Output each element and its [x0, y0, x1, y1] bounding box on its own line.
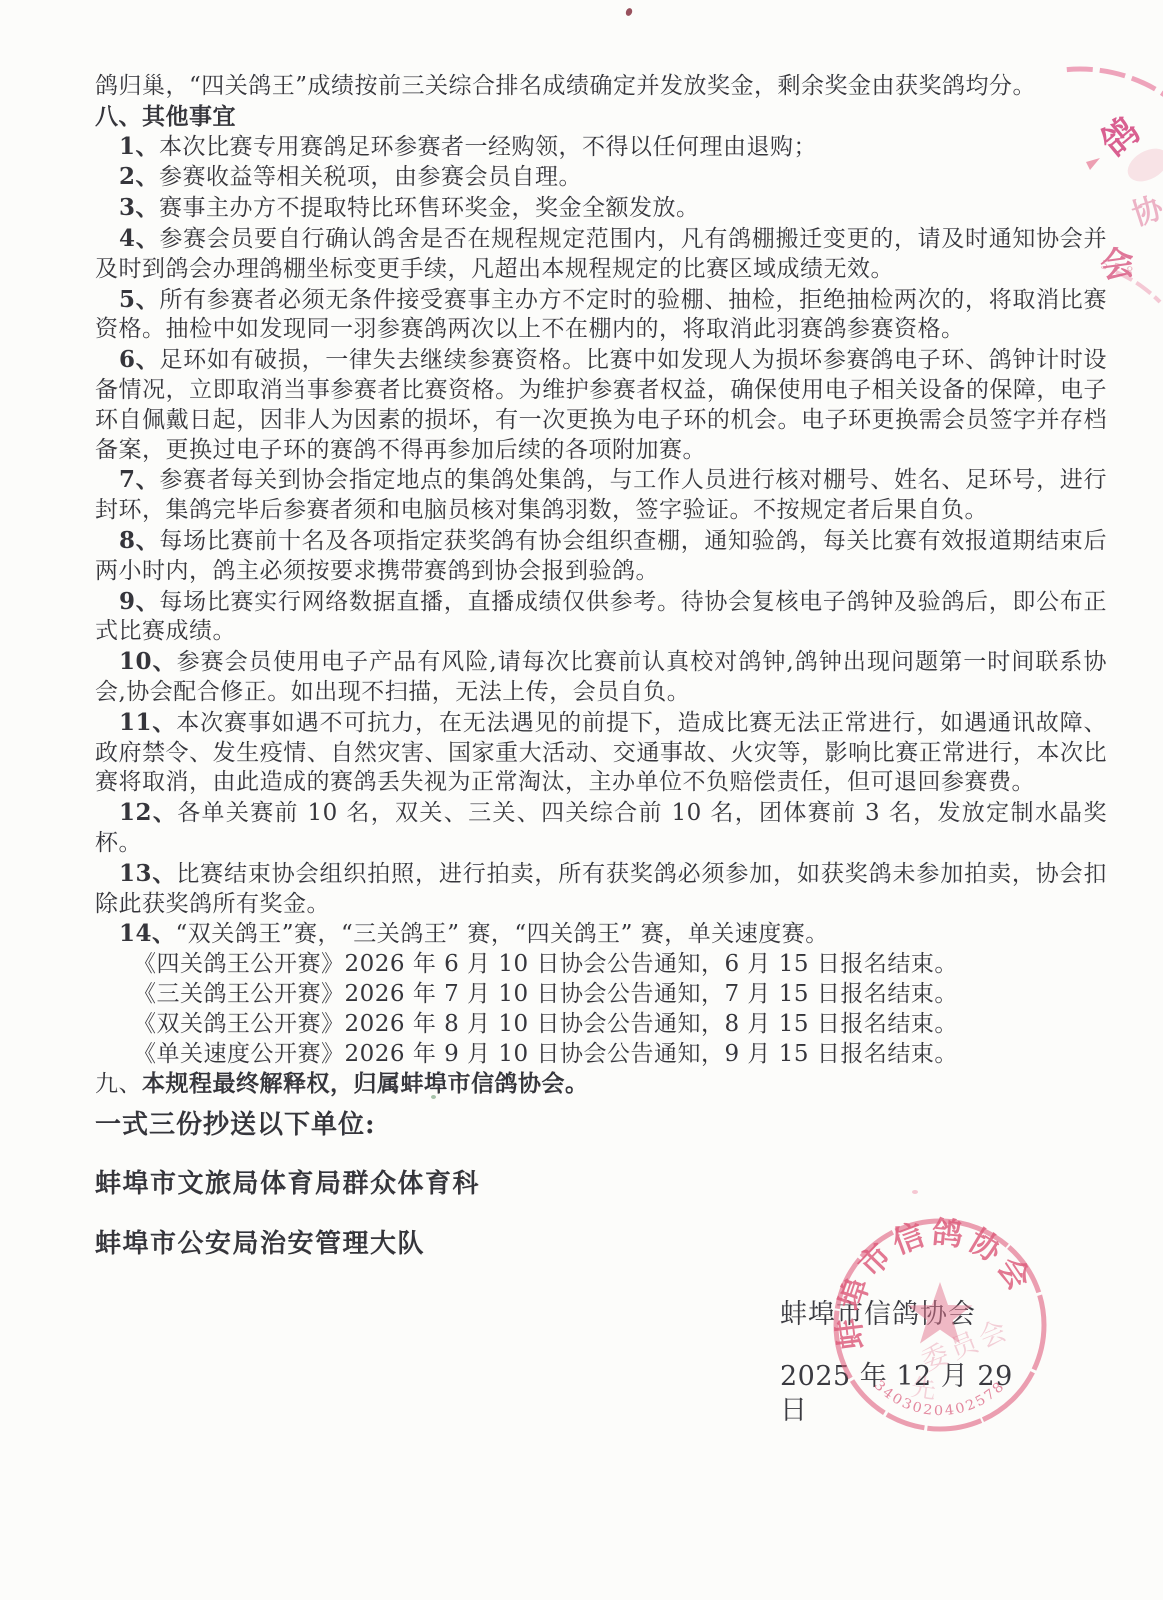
item-9-text: 每场比赛实行网络数据直播，直播成绩仅供参考。待协会复核电子鸽钟及验鸽后，即公布正… — [95, 589, 1107, 645]
item-9-number: 9、 — [119, 588, 159, 615]
item-6: 6、足环如有破损，一律失去继续参赛资格。比赛中如发现人为损坏参赛鸽电子环、鸽钟计… — [95, 345, 1107, 465]
item-5: 5、所有参赛者必须无条件接受赛事主办方不定时的验棚、抽检，拒绝抽检两次的，将取消… — [95, 285, 1107, 346]
scanned-document-page: 鸽归巢，“四关鸽王”成绩按前三关综合排名成绩确定并发放奖金，剩余奖金由获奖鸽均分… — [0, 0, 1163, 1600]
section-9-line: 九、本规程最终解释权，归属蚌埠市信鸽协会。 — [95, 1069, 1107, 1100]
cc-unit-culture-sports: 蚌埠市文旅局体育局群众体育科 — [95, 1167, 1107, 1201]
ink-speck-top — [625, 7, 634, 17]
item-10: 10、参赛会员使用电子产品有风险,请每次比赛前认真校对鸽钟,鸽钟出现问题第一时间… — [95, 647, 1107, 708]
item-13: 13、比赛结束协会组织拍照，进行拍卖，所有获奖鸽必须参加，如获奖鸽未参加拍卖，协… — [95, 859, 1107, 920]
schedule-line-3: 《双关鸽王公开赛》2026 年 8 月 10 日协会公告通知，8 月 15 日报… — [95, 1010, 1107, 1040]
schedule-line-4: 《单关速度公开赛》2026 年 9 月 10 日协会公告通知，9 月 15 日报… — [95, 1040, 1107, 1070]
item-11-text: 本次赛事如遇不可抗力，在无法遇见的前提下，造成比赛无法正常进行，如遇通讯故障、政… — [95, 710, 1107, 796]
item-9: 9、每场比赛实行网络数据直播，直播成绩仅供参考。待协会复核电子鸽钟及验鸽后，即公… — [95, 587, 1107, 648]
signature-date: 2025 年 12 月 29 日 — [780, 1360, 1040, 1428]
document-body: 鸽归巢，“四关鸽王”成绩按前三关综合排名成绩确定并发放奖金，剩余奖金由获奖鸽均分… — [95, 72, 1107, 1261]
item-13-text: 比赛结束协会组织拍照，进行拍卖，所有获奖鸽必须参加，如获奖鸽未参加拍卖，协会扣除… — [95, 861, 1107, 917]
item-3-number: 3、 — [119, 194, 159, 221]
signature-org: 蚌埠市信鸽协会 — [780, 1298, 1040, 1332]
item-4-text: 参赛会员要自行确认鸽舍是否在规程规定范围内，凡有鸽棚搬迁变更的，请及时通知协会并… — [95, 226, 1107, 282]
item-8-text: 每场比赛前十名及各项指定获奖鸽有协会组织查棚，通知验鸽，每关比赛有效报道期结束后… — [95, 528, 1107, 584]
item-1-number: 1、 — [119, 133, 159, 160]
item-7-text: 参赛者每关到协会指定地点的集鸽处集鸽，与工作人员进行核对棚号、姓名、足环号，进行… — [95, 467, 1107, 523]
item-14-number: 14、 — [119, 920, 176, 947]
item-7: 7、参赛者每关到协会指定地点的集鸽处集鸽，与工作人员进行核对棚号、姓名、足环号，… — [95, 465, 1107, 526]
item-4: 4、参赛会员要自行确认鸽舍是否在规程规定范围内，凡有鸽棚搬迁变更的，请及时通知协… — [95, 224, 1107, 285]
item-1: 1、本次比赛专用赛鸽足环参赛者一经购领，不得以任何理由退购； — [95, 132, 1107, 163]
item-12: 12、各单关赛前 10 名，双关、三关、四关综合前 10 名，团体赛前 3 名，… — [95, 798, 1107, 859]
item-14-text: “双关鸽王”赛，“三关鸽王” 赛，“四关鸽王” 赛，单关速度赛。 — [176, 921, 829, 947]
item-6-text: 足环如有破损，一律失去继续参赛资格。比赛中如发现人为损坏参赛鸽电子环、鸽钟计时设… — [95, 347, 1107, 462]
item-1-text: 本次比赛专用赛鸽足环参赛者一经购领，不得以任何理由退购； — [159, 134, 817, 160]
item-14: 14、“双关鸽王”赛，“三关鸽王” 赛，“四关鸽王” 赛，单关速度赛。 — [95, 919, 1107, 950]
corner-seal-ring-bottom — [1116, 272, 1160, 302]
item-5-number: 5、 — [119, 286, 159, 313]
cc-heading: 一式三份抄送以下单位: — [95, 1108, 1107, 1142]
item-8: 8、每场比赛前十名及各项指定获奖鸽有协会组织查棚，通知验鸽，每关比赛有效报道期结… — [95, 526, 1107, 587]
schedule-line-1: 《四关鸽王公开赛》2026 年 6 月 10 日协会公告通知，6 月 15 日报… — [95, 950, 1107, 980]
item-4-number: 4、 — [119, 225, 159, 252]
item-2: 2、参赛收益等相关税项，由参赛会员自理。 — [95, 162, 1107, 193]
item-12-number: 12、 — [119, 799, 177, 826]
item-5-text: 所有参赛者必须无条件接受赛事主办方不定时的验棚、抽检，拒绝抽检两次的，将取消比赛… — [95, 287, 1107, 343]
item-11: 11、本次赛事如遇不可抗力，在无法遇见的前提下，造成比赛无法正常进行，如遇通讯故… — [95, 708, 1107, 798]
intro-paragraph: 鸽归巢，“四关鸽王”成绩按前三关综合排名成绩确定并发放奖金，剩余奖金由获奖鸽均分… — [95, 72, 1107, 102]
section-9-number: 九、 — [95, 1071, 142, 1097]
item-3-text: 赛事主办方不提取特比环售环奖金，奖金全额发放。 — [159, 195, 700, 221]
cc-unit-public-security: 蚌埠市公安局治安管理大队 — [95, 1227, 1107, 1261]
item-10-text: 参赛会员使用电子产品有风险,请每次比赛前认真校对鸽钟,鸽钟出现问题第一时间联系协… — [95, 649, 1107, 705]
item-11-number: 11、 — [119, 709, 176, 736]
section-8-heading: 八、其他事宜 — [95, 102, 1107, 132]
corner-seal-smudge — [1122, 142, 1163, 188]
item-3: 3、赛事主办方不提取特比环售环奖金，奖金全额发放。 — [95, 193, 1107, 224]
item-2-number: 2、 — [119, 163, 159, 190]
item-13-number: 13、 — [119, 860, 176, 887]
item-6-number: 6、 — [119, 346, 159, 373]
corner-seal-char-2: 协 — [1128, 190, 1163, 233]
item-10-number: 10、 — [119, 648, 177, 675]
signature-block: 蚌埠市信鸽协会 2025 年 12 月 29 日 — [780, 1298, 1040, 1428]
item-7-number: 7、 — [119, 466, 159, 493]
item-2-text: 参赛收益等相关税项，由参赛会员自理。 — [159, 164, 582, 190]
schedule-line-2: 《三关鸽王公开赛》2026 年 7 月 10 日协会公告通知，7 月 15 日报… — [95, 980, 1107, 1010]
section-9-text: 本规程最终解释权，归属蚌埠市信鸽协会。 — [142, 1070, 589, 1097]
item-8-number: 8、 — [119, 527, 159, 554]
item-12-text: 各单关赛前 10 名，双关、三关、四关综合前 10 名，团体赛前 3 名，发放定… — [95, 800, 1107, 856]
